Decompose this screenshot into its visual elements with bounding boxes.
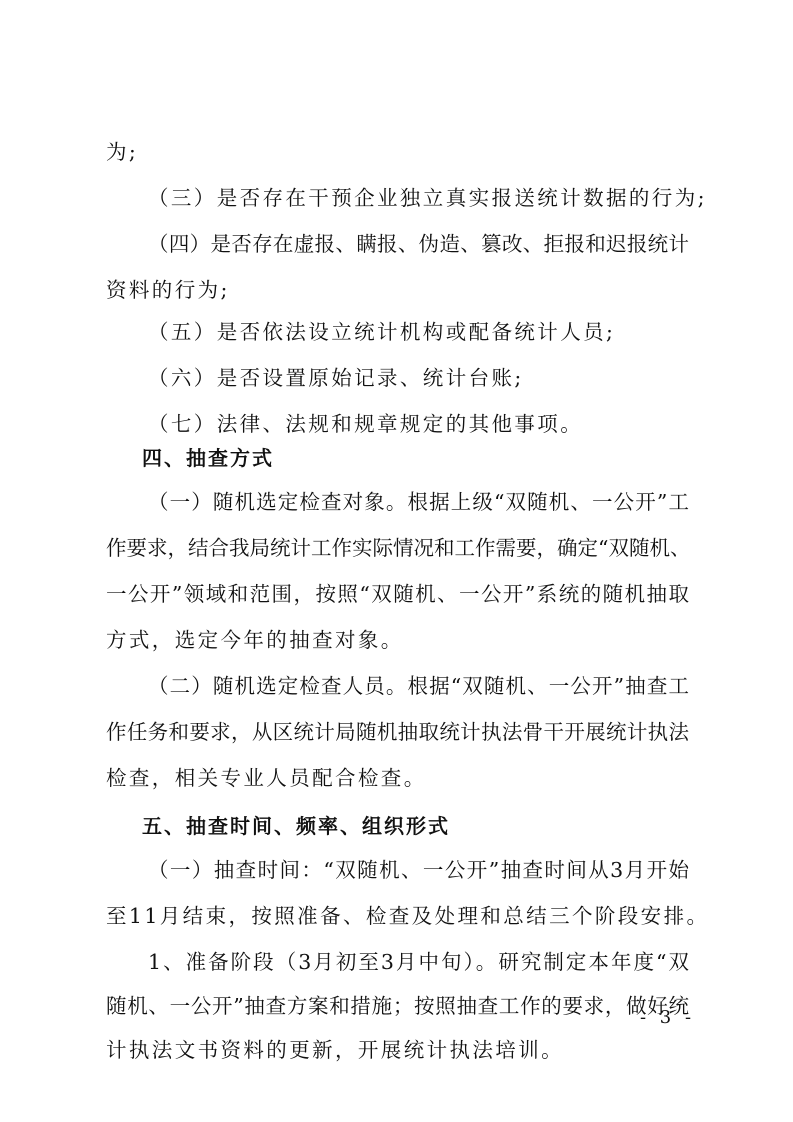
paragraph-line: 计执法文书资料的更新，开展统计执法培训。 [106,1037,564,1063]
paragraph-line: （五）是否依法设立统计机构或配备统计人员; [148,319,615,345]
section-heading: 五、抽查时间、频率、组织形式 [142,813,450,839]
page-number: - 3 - [640,1007,695,1028]
paragraph-line: （四）是否存在虚报、瞒报、伪造、篡改、拒报和迟报统计 [148,231,689,257]
paragraph-line: （六）是否设置原始记录、统计台账; [148,365,524,391]
paragraph-line: 资料的行为; [106,277,230,303]
section-heading: 四、抽查方式 [142,445,274,471]
paragraph-line: （七）法律、法规和规章规定的其他事项。 [148,411,583,437]
paragraph-line: 作要求，结合我局统计工作实际情况和工作需要，确定“双随机、 [106,535,689,561]
paragraph-line: 作任务和要求，从区统计局随机抽取统计执法骨干开展统计执法 [106,719,689,745]
paragraph-line: （一）抽查时间：“双随机、一公开”抽查时间从3月开始 [148,857,689,883]
paragraph-line: 随机、一公开”抽查方案和措施；按照抽查工作的要求，做好统 [106,993,689,1019]
paragraph-line: 方式，选定今年的抽查对象。 [106,627,404,653]
document-page: 为;（三）是否存在干预企业独立真实报送统计数据的行为;（四）是否存在虚报、瞒报、… [0,0,793,1122]
paragraph-line: 为; [106,139,138,165]
paragraph-line: （三）是否存在干预企业独立真实报送统计数据的行为; [148,185,707,211]
paragraph-line: （一）随机选定检查对象。根据上级“双随机、一公开”工 [148,489,689,515]
paragraph-line: 1、准备阶段（3月初至3月中旬）。研究制定本年度“双 [148,949,689,975]
paragraph-line: 检查，相关专业人员配合检查。 [106,765,427,791]
paragraph-line: （二）随机选定检查人员。根据“双随机、一公开”抽查工 [148,673,689,699]
paragraph-line: 一公开”领域和范围，按照“双随机、一公开”系统的随机抽取 [106,581,689,607]
paragraph-line: 至11月结束，按照准备、检查及处理和总结三个阶段安排。 [106,903,709,929]
